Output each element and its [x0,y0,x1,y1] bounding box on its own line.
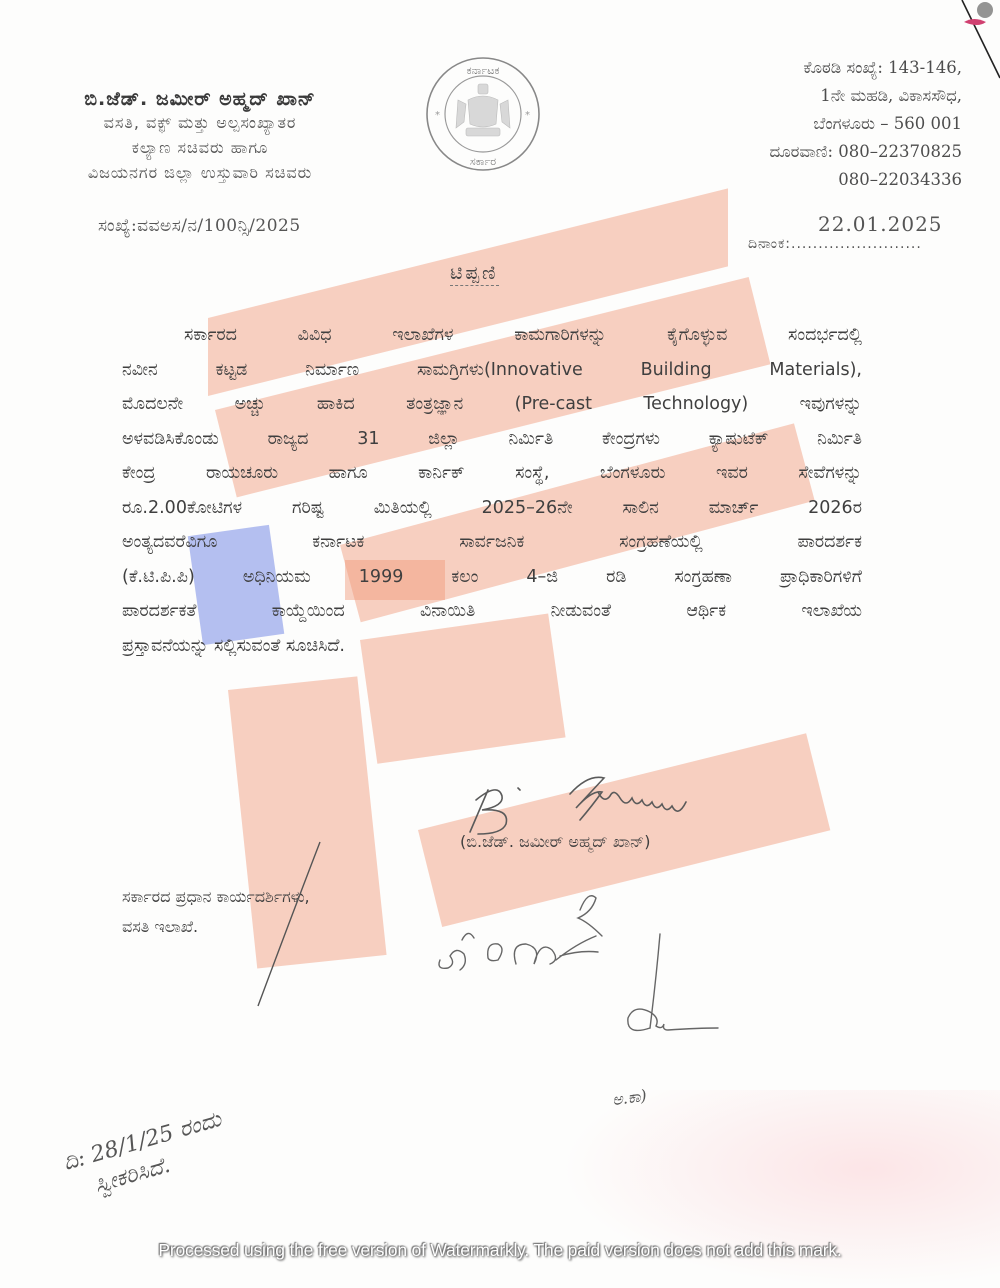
body-word: ಅಂತ್ಯದವರೆವಿಗೂ [122,525,217,560]
body-word: ತಂತ್ರಜ್ಞಾನ [406,387,463,422]
body-word: ಸಾಲಿನ [623,491,659,526]
body-word: ಕೇಂದ್ರ [122,456,155,491]
body-word: ಹಾಗೂ [329,456,368,491]
body-word: (ಕೆ.ಟಿ.ಪಿ.ಪಿ) [122,560,195,595]
body-word: 4–ಜಿ [526,560,558,595]
address-line: ಬೆಂಗಳೂರು – 560 001 [769,110,962,138]
body-word: ಕೇಂದ್ರಗಳು [602,422,660,457]
body-line: ನವೀನಕಟ್ಟಡನಿರ್ಮಾಣಸಾಮಗ್ರಿಗಳು(InnovativeBui… [122,353,862,388]
body-line: ಸರ್ಕಾರದವಿವಿಧಇಲಾಖೆಗಳಕಾಮಗಾರಿಗಳನ್ನುಕೈಗೊಳ್ಳು… [122,318,862,353]
body-word: ಅಚ್ಚು [235,387,266,422]
body-word: ಕಾರ್ನಿಕ್ [418,456,464,491]
body-word: ರಾಯಚೂರು [206,456,278,491]
body-word: ಕಟ್ಟಡ [216,353,248,388]
svg-text:*: * [435,110,440,121]
reference-number: ಸಂಖ್ಯೆ:ವವಅಸ/ನ/100ನ್ಸಿ/2025 [98,216,301,236]
emblem-top-text: ಕರ್ನಾಟಕ [467,64,500,77]
body-word: 1999 [359,560,404,595]
body-word: ಪ್ರಾಧಿಕಾರಿಗಳಿಗೆ [780,560,862,595]
minister-name: ಬಿ.ಜೆಡ್. ಜಮೀರ್ ಅಹ್ಮದ್ ಖಾನ್ [20,88,380,110]
svg-text:*: * [525,110,530,121]
body-word: ಅಳವಡಿಸಿಕೊಂಡು [122,422,219,457]
body-word: ನಿರ್ಮಾಣ [305,353,359,388]
body-word: 2026ರ [808,491,862,526]
watermark-text: Processed using the free version of Wate… [0,1240,1000,1261]
address-line: 1ನೇ ಮಹಡಿ, ವಿಕಾಸಸೌಧ, [769,82,962,110]
document-title: ಟಿಪ್ಪಣಿ [450,262,499,286]
body-word: Technology) [643,387,748,422]
date-label: ದಿನಾಂಕ:........................ [748,236,922,252]
date-value: 22.01.2025 [818,212,943,236]
body-word: ನವೀನ [122,353,158,388]
body-word: ಸೇವೆಗಳನ್ನು [798,456,862,491]
body-paragraph: ಸರ್ಕಾರದವಿವಿಧಇಲಾಖೆಗಳಕಾಮಗಾರಿಗಳನ್ನುಕೈಗೊಳ್ಳು… [122,318,862,663]
body-word: ನಿರ್ಮಿತಿ [508,422,553,457]
body-word: ಮೊದಲನೇ [122,387,183,422]
body-word: ಪಾರದರ್ಶಕ [797,525,862,560]
designation-line: ಕಲ್ಯಾಣ ಸಚಿವರು ಹಾಗೂ [20,135,380,160]
body-word: ಕರ್ನಾಟಕ [312,525,364,560]
body-word: 31 [357,422,379,457]
body-word: ಇಲಾಖೆಯ [801,594,862,629]
signature-main-icon [458,770,778,840]
body-word: ಮಾರ್ಚ್ [709,491,759,526]
body-word: ವಿನಾಯಿತಿ [420,594,475,629]
body-word: ಗರಿಷ್ಟ [292,491,324,526]
body-word: ಅಧಿನಿಯಮ [243,560,311,595]
body-word: ಕೈಗೊಳ್ಳುವ [667,318,727,353]
body-word: ಕಾಮಗಾರಿಗಳನ್ನು [514,318,606,353]
body-word: ಸರ್ಕಾರದ [184,318,237,353]
body-word: ಸಾಮಗ್ರಿಗಳು(Innovative [417,353,583,388]
body-word: ಇವರ [716,456,748,491]
body-word: ವಿವಿಧ [298,318,332,353]
body-word: Materials), [769,353,862,388]
office-address: ಕೊಠಡಿ ಸಂಖ್ಯೆ: 143-146, 1ನೇ ಮಹಡಿ, ವಿಕಾಸಸೌ… [769,54,962,194]
handwritten-approval-mark-icon [620,930,730,1040]
body-word: (Pre-cast [515,387,592,422]
body-word: 2025–26ನೇ [482,491,573,526]
body-word: ಸಾರ್ವಜನಿಕ [459,525,524,560]
letterhead-sender: ಬಿ.ಜೆಡ್. ಜಮೀರ್ ಅಹ್ಮದ್ ಖಾನ್ ವಸತಿ, ವಕ್ಫ್ ಮ… [20,88,380,185]
body-word: ರಡಿ [606,560,626,595]
body-line: (ಕೆ.ಟಿ.ಪಿ.ಪಿ)ಅಧಿನಿಯಮ1999ಕಲಂ4–ಜಿರಡಿಸಂಗ್ರಹ… [122,560,862,595]
body-word: ರೂ.2.00ಕೋಟಿಗಳ [122,491,242,526]
body-word: ಇಲಾಖೆಗಳ [392,318,453,353]
phone-line: 080–22034336 [769,166,962,194]
body-line: ಅಳವಡಿಸಿಕೊಂಡುರಾಜ್ಯದ31ಜಿಲ್ಲಾನಿರ್ಮಿತಿಕೇಂದ್ರ… [122,422,862,457]
body-word: ನೀಡುವಂತೆ [551,594,611,629]
body-word: ಕಾಯ್ದೆಯಿಂದ [272,594,345,629]
designation-line: ವಸತಿ, ವಕ್ಫ್ ಮತ್ತು ಅಲ್ಪಸಂಖ್ಯಾತರ [20,110,380,135]
body-word: ಸಂಸ್ಥೆ, [515,456,549,491]
body-word: ಪಾರದರ್ಶಕತೆ [122,594,196,629]
body-word: ನಿರ್ಮಿತಿ [817,422,862,457]
body-word: ಕ್ಯಾಷುಟೆಕ್ [709,422,769,457]
body-word: ಹಾಕಿದ [317,387,355,422]
body-word: ಸಂದರ್ಭದಲ್ಲಿ [788,318,862,353]
body-word: ಆರ್ಥಿಕ [686,594,726,629]
body-word: ಸಂಗ್ರಹಣಾ [674,560,732,595]
body-line: ಕೇಂದ್ರರಾಯಚೂರುಹಾಗೂಕಾರ್ನಿಕ್ಸಂಸ್ಥೆ,ಬೆಂಗಳೂರು… [122,456,862,491]
diagonal-pen-stroke-icon [250,840,330,1010]
body-word: ಮಿತಿಯಲ್ಲಿ [374,491,432,526]
body-word: ಜಿಲ್ಲಾ [428,422,459,457]
handwritten-initials-icon [430,880,630,990]
pin-mark-icon [950,0,1000,80]
body-word: Building [641,353,712,388]
body-line: ಪಾರದರ್ಶಕತೆಕಾಯ್ದೆಯಿಂದವಿನಾಯಿತಿನೀಡುವಂತೆಆರ್ಥ… [122,594,862,629]
address-line: ಕೊಠಡಿ ಸಂಖ್ಯೆ: 143-146, [769,54,962,82]
emblem-bottom-text: ಸರ್ಕಾರ [470,155,496,168]
body-word: ಕಲಂ [451,560,478,595]
handwritten-receipt-note: ದಿ: 28/1/25 ರಂದು ಸ್ವೀಕರಿಸಿದೆ. [60,1105,233,1208]
designation-line: ವಿಜಯನಗರ ಜಿಲ್ಲಾ ಉಸ್ತುವಾರಿ ಸಚಿವರು [20,160,380,185]
body-line: ರೂ.2.00ಕೋಟಿಗಳಗರಿಷ್ಟಮಿತಿಯಲ್ಲಿ2025–26ನೇಸಾಲ… [122,491,862,526]
body-word: ಬೆಂಗಳೂರು [600,456,665,491]
body-word: ಸಂಗ್ರಹಣೆಯಲ್ಲಿ [619,525,703,560]
body-word: ಇವುಗಳನ್ನು [800,387,862,422]
karnataka-emblem-seal-icon: ಕರ್ನಾಟಕ ಸರ್ಕಾರ * * [420,56,546,172]
phone-line: ದೂರವಾಣಿ: 080–22370825 [769,138,962,166]
body-line: ಮೊದಲನೇಅಚ್ಚುಹಾಕಿದತಂತ್ರಜ್ಞಾನ(Pre-castTechn… [122,387,862,422]
body-line: ಪ್ರಸ್ತಾವನೆಯನ್ನು ಸಲ್ಲಿಸುವಂತೆ ಸೂಚಿಸಿದೆ. [122,629,862,664]
body-word: ಪ್ರಸ್ತಾವನೆಯನ್ನು ಸಲ್ಲಿಸುವಂತೆ ಸೂಚಿಸಿದೆ. [122,629,345,664]
body-word: ರಾಜ್ಯದ [268,422,309,457]
body-line: ಅಂತ್ಯದವರೆವಿಗೂಕರ್ನಾಟಕಸಾರ್ವಜನಿಕಸಂಗ್ರಹಣೆಯಲ್… [122,525,862,560]
